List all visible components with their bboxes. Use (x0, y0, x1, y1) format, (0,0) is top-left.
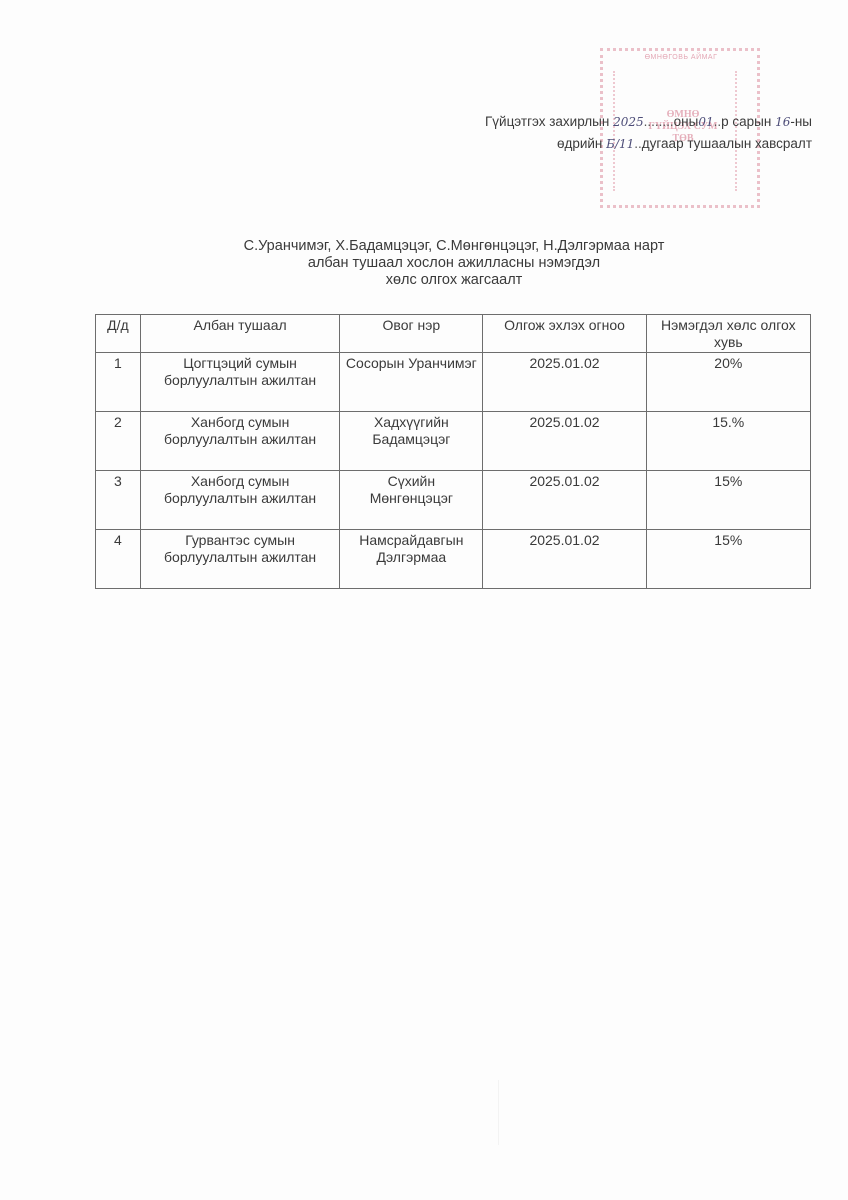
annex-line-2: өдрийн Б/11..дугаар тушаалын хавсралт (485, 133, 812, 155)
cell-start-date: 2025.01.02 (483, 412, 646, 471)
cell-start-date: 2025.01.02 (483, 471, 646, 530)
cell-name: Сосорын Уранчимэг (340, 353, 483, 412)
document-title: С.Уранчимэг, Х.Бадамцэцэг, С.Мөнгөнцэцэг… (150, 238, 758, 289)
cell-number: 4 (96, 530, 141, 589)
cell-percent: 15.% (646, 412, 810, 471)
month-suffix: р сарын (721, 114, 771, 129)
annex-director-label: Гүйцэтгэх захирлын (485, 114, 609, 129)
table-row: 2 Ханбогд сумын борлуулалтын ажилтан Хад… (96, 412, 811, 471)
stamp-top-text: ӨМНӨГОВЬ АЙМАГ (617, 53, 745, 62)
cell-start-date: 2025.01.02 (483, 353, 646, 412)
table-row: 3 Ханбогд сумын борлуулалтын ажилтан Сүх… (96, 471, 811, 530)
header-percent: Нэмэгдэл хөлс олгох хувь (646, 315, 810, 353)
cell-name: Сүхийн Мөнгөнцэцэг (340, 471, 483, 530)
title-line-1: С.Уранчимэг, Х.Бадамцэцэг, С.Мөнгөнцэцэг… (150, 238, 758, 255)
header-position: Албан тушаал (140, 315, 340, 353)
document-page: ӨМНӨГОВЬ АЙМАГ ӨМНӨ ГҮЙЦЭХ СУМ ТӨВ Гүйцэ… (0, 0, 848, 1200)
annex-order-label: дугаар тушаалын хавсралт (642, 136, 812, 151)
year-suffix: оны (674, 114, 699, 129)
order-dots: .. (634, 136, 642, 151)
header-start-date: Олгож эхлэх огноо (483, 315, 646, 353)
annex-line-1: Гүйцэтгэх захирлын 2025........оны01..р … (485, 111, 812, 133)
cell-position: Ханбогд сумын борлуулалтын ажилтан (140, 412, 340, 471)
cell-name: Хадхүүгийн Бадамцэцэг (340, 412, 483, 471)
handwritten-order-number: Б/11 (606, 137, 634, 151)
month-dots: .. (714, 114, 722, 129)
cell-start-date: 2025.01.02 (483, 530, 646, 589)
cell-position: Гурвантэс сумын борлуулалтын ажилтан (140, 530, 340, 589)
scan-artifact (498, 1080, 499, 1145)
title-line-3: хөлс олгох жагсаалт (150, 272, 758, 289)
day-suffix: -ны (790, 114, 812, 129)
cell-number: 1 (96, 353, 141, 412)
cell-percent: 15% (646, 471, 810, 530)
cell-percent: 15% (646, 530, 810, 589)
header-name: Овог нэр (340, 315, 483, 353)
table-header-row: Д/д Албан тушаал Овог нэр Олгож эхлэх ог… (96, 315, 811, 353)
cell-percent: 20% (646, 353, 810, 412)
table-row: 1 Цогтцэций сумын борлуулалтын ажилтан С… (96, 353, 811, 412)
handwritten-month: 01 (698, 115, 713, 129)
cell-name: Намсрайдавгын Дэлгэрмаа (340, 530, 483, 589)
handwritten-day: 16 (775, 115, 790, 129)
annex-reference: Гүйцэтгэх захирлын 2025........оны01..р … (485, 111, 812, 155)
title-line-2: албан тушаал хослон ажилласны нэмэгдэл (150, 255, 758, 272)
year-dots: ........ (644, 114, 674, 129)
cell-position: Ханбогд сумын борлуулалтын ажилтан (140, 471, 340, 530)
handwritten-year: 2025 (613, 115, 644, 129)
cell-number: 2 (96, 412, 141, 471)
annex-day-label: өдрийн (557, 136, 602, 151)
cell-position: Цогтцэций сумын борлуулалтын ажилтан (140, 353, 340, 412)
allowance-table: Д/д Албан тушаал Овог нэр Олгож эхлэх ог… (95, 314, 811, 589)
table-row: 4 Гурвантэс сумын борлуулалтын ажилтан Н… (96, 530, 811, 589)
cell-number: 3 (96, 471, 141, 530)
header-number: Д/д (96, 315, 141, 353)
